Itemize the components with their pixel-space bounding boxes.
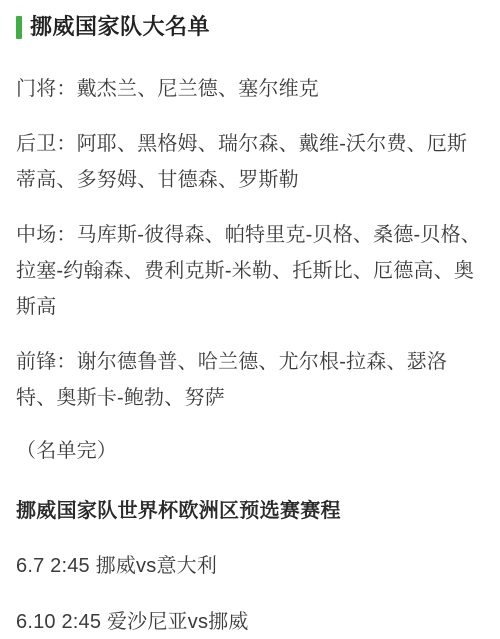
page-title: 挪威国家队大名单 [30,14,210,40]
roster-forwards: 前锋：谢尔德鲁普、哈兰德、尤尔根-拉森、瑟洛特、奥斯卡-鲍勃、努萨 [16,344,484,416]
roster-goalkeepers: 门将：戴杰兰、尼兰德、塞尔维克 [16,71,484,107]
schedule-match-norway-italy: 6.7 2:45 挪威vs意大利 [16,548,484,584]
page-title-row: 挪威国家队大名单 [16,14,484,40]
roster-midfielders: 中场：马库斯-彼得森、帕特里克-贝格、桑德-贝格、拉塞-约翰森、费利克斯-米勒、… [16,217,484,325]
title-accent-bar [16,16,22,39]
roster-end-note: （名单完） [16,433,484,469]
schedule-title: 挪威国家队世界杯欧洲区预选赛赛程 [16,493,484,529]
schedule-match-estonia-norway: 6.10 2:45 爱沙尼亚vs挪威 [16,604,484,639]
article-page: 挪威国家队大名单 门将：戴杰兰、尼兰德、塞尔维克 后卫：阿耶、黑格姆、瑞尔森、戴… [0,0,500,639]
roster-defenders: 后卫：阿耶、黑格姆、瑞尔森、戴维-沃尔费、厄斯蒂高、多努姆、甘德森、罗斯勒 [16,126,484,198]
